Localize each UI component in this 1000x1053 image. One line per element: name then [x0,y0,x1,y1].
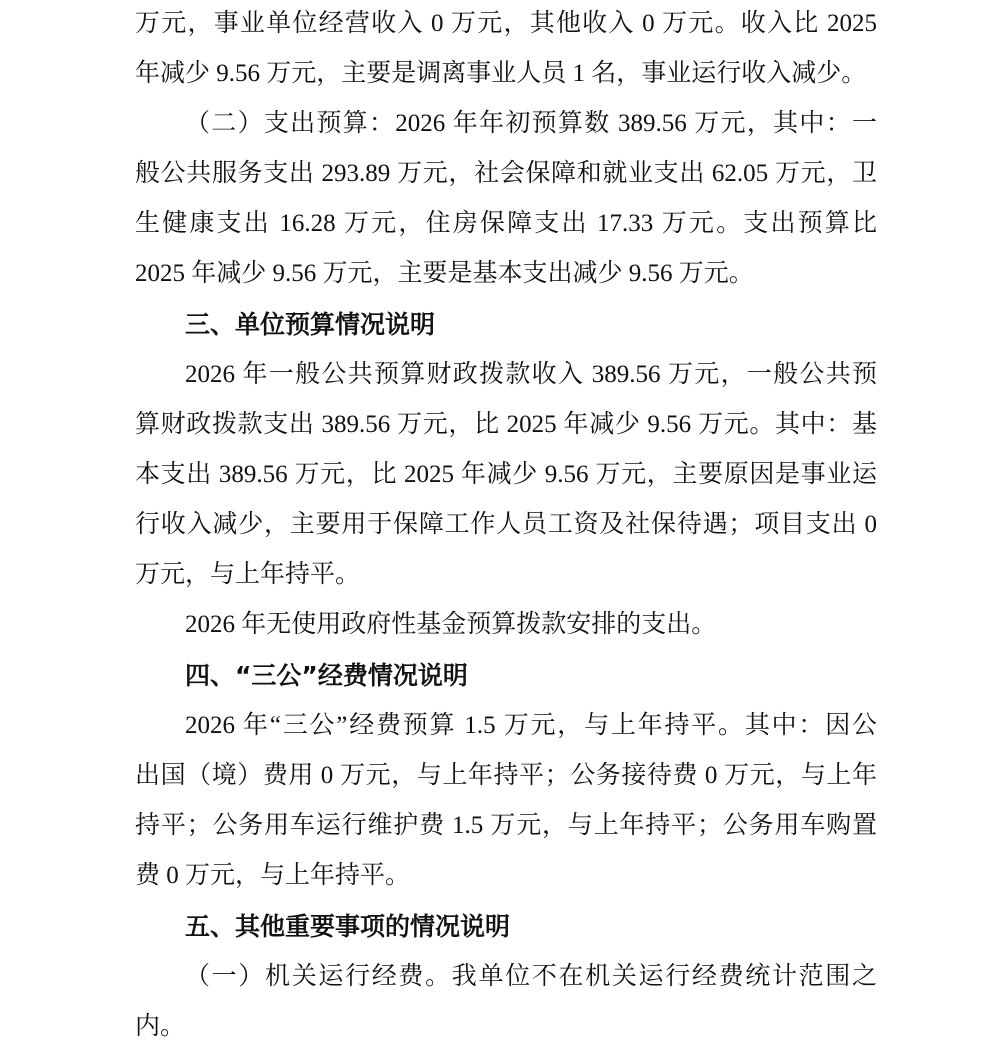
section-heading-unit-budget: 三、单位预算情况说明 [185,307,435,343]
paragraph-three-public-line: 费 0 万元，与上年持平。 [135,858,877,894]
paragraph-operating-cost-line: 内。 [135,1009,877,1045]
section-heading-three-public: 四、“三公”经费情况说明 [185,658,468,694]
paragraph-three-public-line: 持平；公务用车运行维护费 1.5 万元，与上年持平；公务用车购置 [135,808,877,844]
paragraph-unit-budget-line: 万元，与上年持平。 [135,557,877,593]
paragraph-operating-cost-line: （一）机关运行经费。我单位不在机关运行经费统计范围之 [185,959,877,995]
paragraph-income-line: 万元，事业单位经营收入 0 万元，其他收入 0 万元。收入比 2025 [135,6,877,42]
paragraph-gov-fund: 2026 年无使用政府性基金预算拨款安排的支出。 [185,607,877,643]
paragraph-expenditure-line: 般公共服务支出 293.89 万元，社会保障和就业支出 62.05 万元，卫 [135,156,877,192]
document-page: 万元，事业单位经营收入 0 万元，其他收入 0 万元。收入比 2025 年减少 … [0,0,1000,1053]
paragraph-expenditure-line: （二）支出预算：2026 年年初预算数 389.56 万元，其中：一 [185,106,877,142]
paragraph-expenditure-line: 生健康支出 16.28 万元，住房保障支出 17.33 万元。支出预算比 [135,206,877,242]
paragraph-unit-budget-line: 行收入减少，主要用于保障工作人员工资及社保待遇；项目支出 0 [135,507,877,543]
paragraph-unit-budget-line: 本支出 389.56 万元，比 2025 年减少 9.56 万元，主要原因是事业… [135,457,877,493]
paragraph-three-public-line: 2026 年“三公”经费预算 1.5 万元，与上年持平。其中：因公 [185,708,877,744]
paragraph-unit-budget-line: 算财政拨款支出 389.56 万元，比 2025 年减少 9.56 万元。其中：… [135,407,877,443]
paragraph-expenditure-line: 2025 年减少 9.56 万元，主要是基本支出减少 9.56 万元。 [135,256,877,292]
paragraph-three-public-line: 出国（境）费用 0 万元，与上年持平；公务接待费 0 万元，与上年 [135,758,877,794]
section-heading-other-matters: 五、其他重要事项的情况说明 [185,909,510,945]
paragraph-income-line: 年减少 9.56 万元，主要是调离事业人员 1 名，事业运行收入减少。 [135,56,877,92]
paragraph-unit-budget-line: 2026 年一般公共预算财政拨款收入 389.56 万元，一般公共预 [185,357,877,393]
